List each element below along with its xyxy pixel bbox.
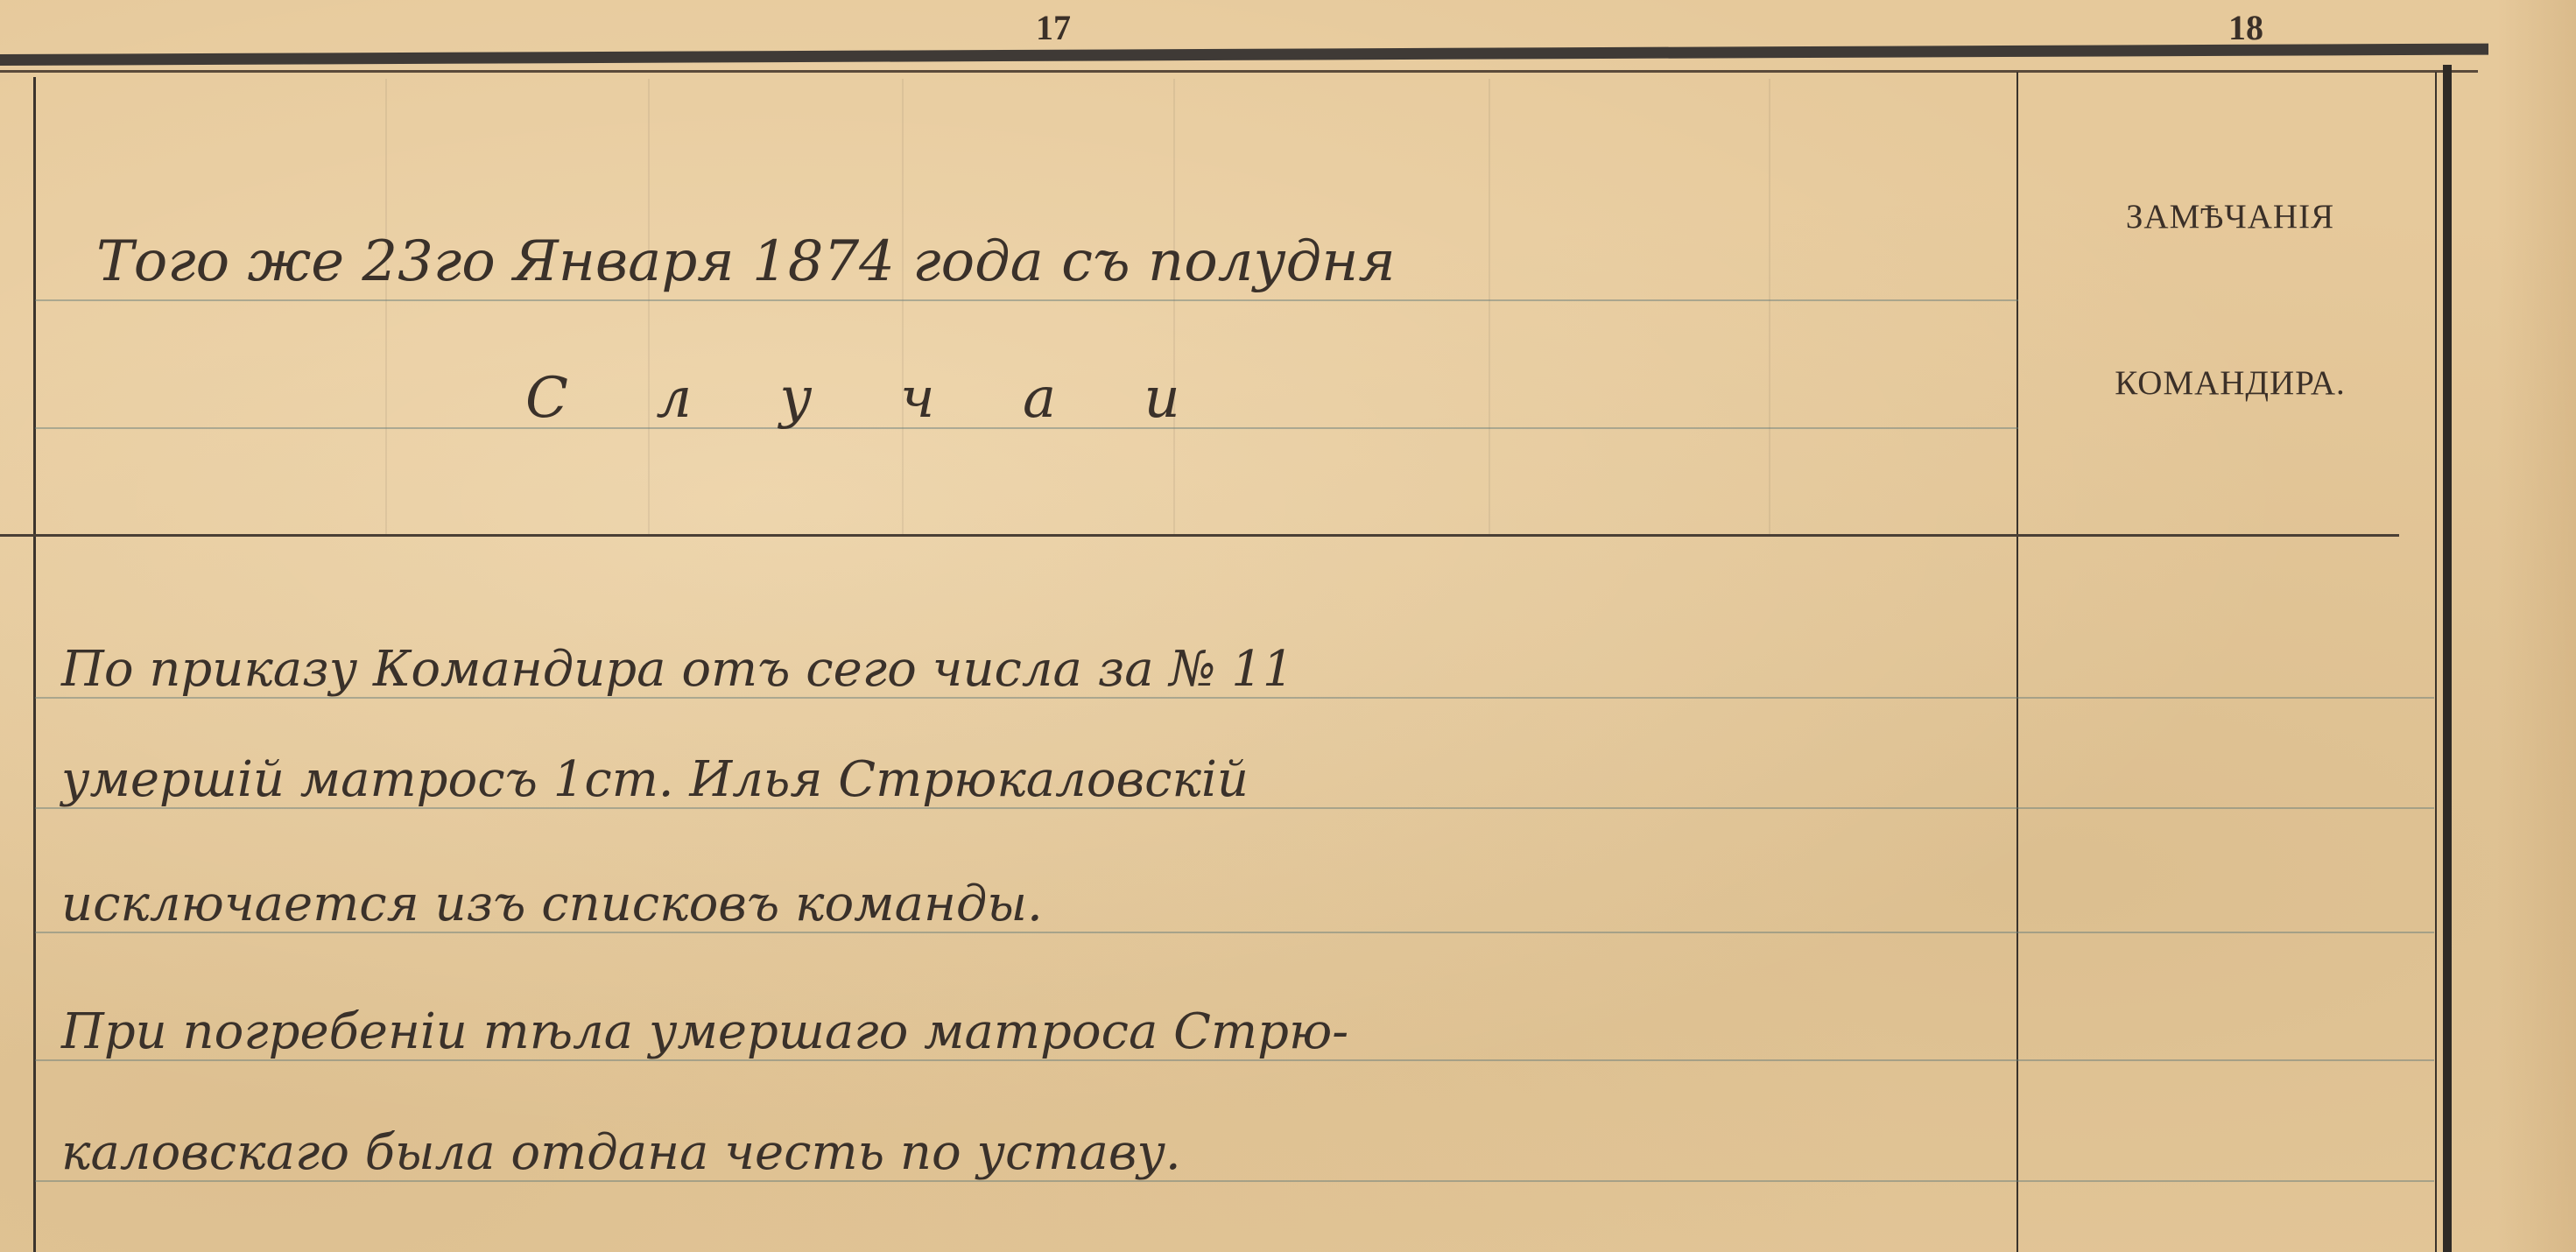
bleed-through-column bbox=[385, 79, 387, 534]
remarks-header-line2: КОМАНДИРА. bbox=[2024, 363, 2436, 403]
remarks-column-divider bbox=[2016, 72, 2018, 1252]
remarks-header-line1: ЗАМѢЧАНІЯ bbox=[2024, 197, 2436, 236]
page-number-left: 17 bbox=[1036, 7, 1071, 48]
entry-section-title: С л у ч а и bbox=[525, 366, 1215, 431]
body-line-4: При погребеніи тѣла умершаго матроса Стр… bbox=[61, 1003, 1348, 1060]
body-line-1: По приказу Командира отъ сего числа за №… bbox=[61, 641, 1294, 698]
bleed-through-column bbox=[648, 79, 650, 534]
left-margin-line bbox=[33, 77, 36, 1252]
body-line-2: умершій матросъ 1ст. Илья Стрюкаловскій bbox=[61, 751, 1249, 808]
right-outer-border bbox=[2443, 65, 2452, 1252]
body-line-5: каловскаго была отдана честь по уставу. bbox=[61, 1124, 1181, 1181]
bleed-through-column bbox=[902, 79, 904, 534]
right-inner-border bbox=[2435, 72, 2437, 1252]
page-edge-shadow bbox=[2497, 0, 2576, 1252]
body-line-3: исключается изъ списковъ команды. bbox=[61, 876, 1043, 932]
header-section-divider bbox=[0, 534, 2399, 537]
entry-date-line: Того же 23го Января 1874 года съ полудня bbox=[96, 229, 1396, 294]
ruled-line bbox=[35, 299, 2018, 301]
bleed-through-column bbox=[1769, 79, 1770, 534]
top-border-thick bbox=[0, 44, 2488, 66]
top-border-thin bbox=[0, 70, 2478, 73]
bleed-through-column bbox=[1173, 79, 1175, 534]
page-number-right: 18 bbox=[2228, 7, 2263, 48]
bleed-through-column bbox=[1489, 79, 1490, 534]
